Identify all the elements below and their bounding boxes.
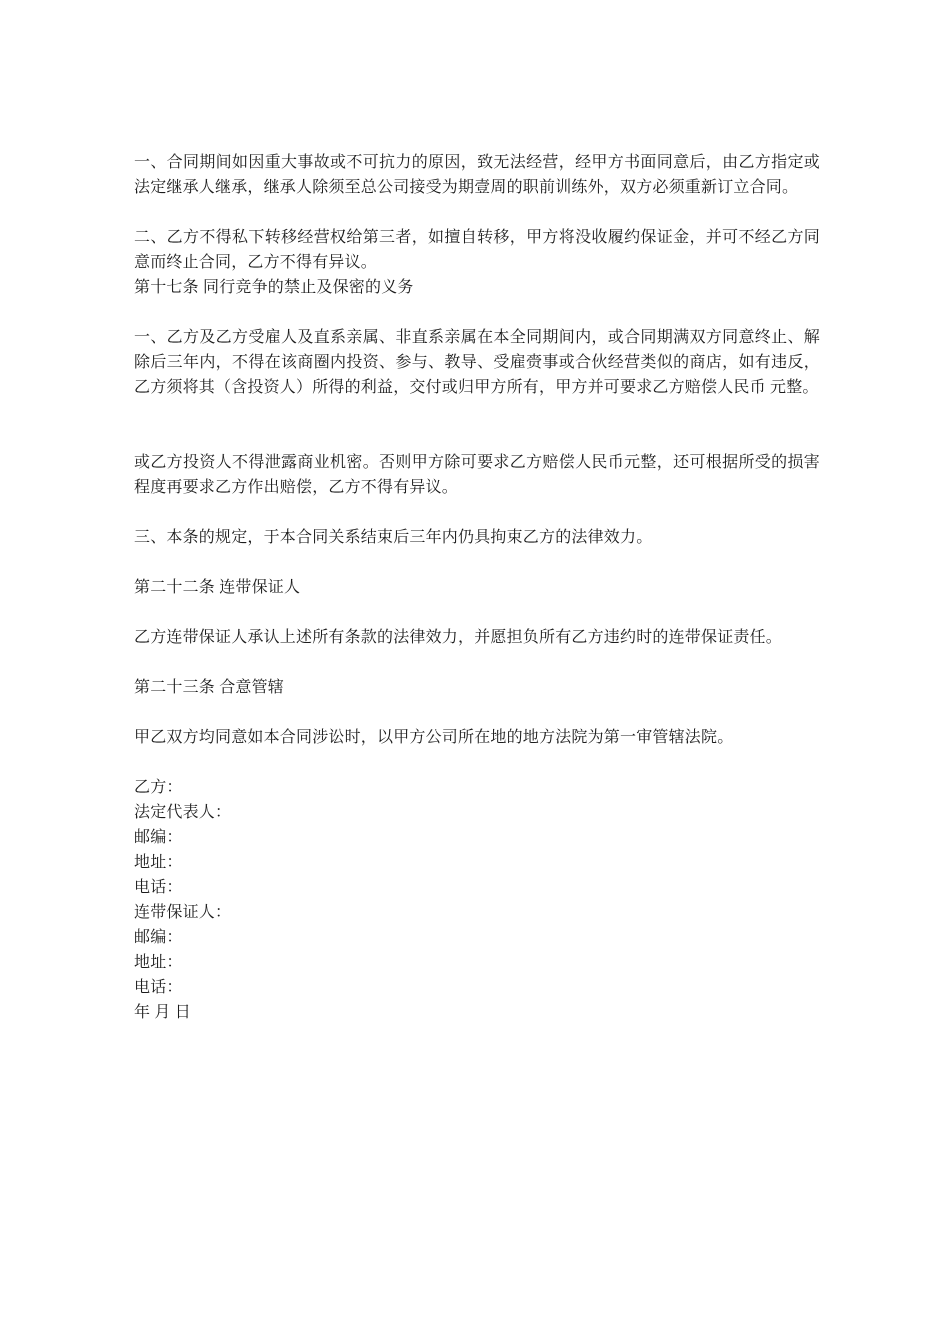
section-heading: 第十七条 同行竞争的禁止及保密的义务 bbox=[134, 275, 820, 300]
signature-line-legal-representative: 法定代表人： bbox=[134, 800, 820, 825]
signature-line-joint-guarantor: 连带保证人： bbox=[134, 900, 820, 925]
document-body: 一、合同期间如因重大事故或不可抗力的原因，致无法经营，经甲方书面同意后，由乙方指… bbox=[134, 150, 820, 1025]
section-heading: 第二十三条 合意管辖 bbox=[134, 675, 820, 700]
signature-line-party-b: 乙方： bbox=[134, 775, 820, 800]
paragraph: 三、本条的规定，于本合同关系结束后三年内仍具拘束乙方的法律效力。 bbox=[134, 525, 820, 550]
paragraph: 一、合同期间如因重大事故或不可抗力的原因，致无法经营，经甲方书面同意后，由乙方指… bbox=[134, 150, 820, 200]
signature-line-phone: 电话： bbox=[134, 875, 820, 900]
paragraph: 或乙方投资人不得泄露商业机密。否则甲方除可要求乙方赔偿人民币元整，还可根据所受的… bbox=[134, 450, 820, 500]
signature-line-postal-code: 邮编： bbox=[134, 825, 820, 850]
section-heading: 第二十二条 连带保证人 bbox=[134, 575, 820, 600]
paragraph: 乙方连带保证人承认上述所有条款的法律效力，并愿担负所有乙方违约时的连带保证责任。 bbox=[134, 625, 820, 650]
signature-line-address: 地址： bbox=[134, 950, 820, 975]
signature-line-postal-code: 邮编： bbox=[134, 925, 820, 950]
signature-line-address: 地址： bbox=[134, 850, 820, 875]
paragraph: 一、乙方及乙方受雇人及直系亲属、非直系亲属在本全同期间内，或合同期满双方同意终止… bbox=[134, 325, 820, 400]
document-page: 一、合同期间如因重大事故或不可抗力的原因，致无法经营，经甲方书面同意后，由乙方指… bbox=[0, 0, 950, 1344]
signature-line-phone: 电话： bbox=[134, 975, 820, 1000]
paragraph: 甲乙双方均同意如本合同涉讼时，以甲方公司所在地的地方法院为第一审管辖法院。 bbox=[134, 725, 820, 750]
paragraph: 二、乙方不得私下转移经营权给第三者，如擅自转移，甲方将没收履约保证金，并可不经乙… bbox=[134, 225, 820, 275]
signature-line-date: 年 月 日 bbox=[134, 1000, 820, 1025]
